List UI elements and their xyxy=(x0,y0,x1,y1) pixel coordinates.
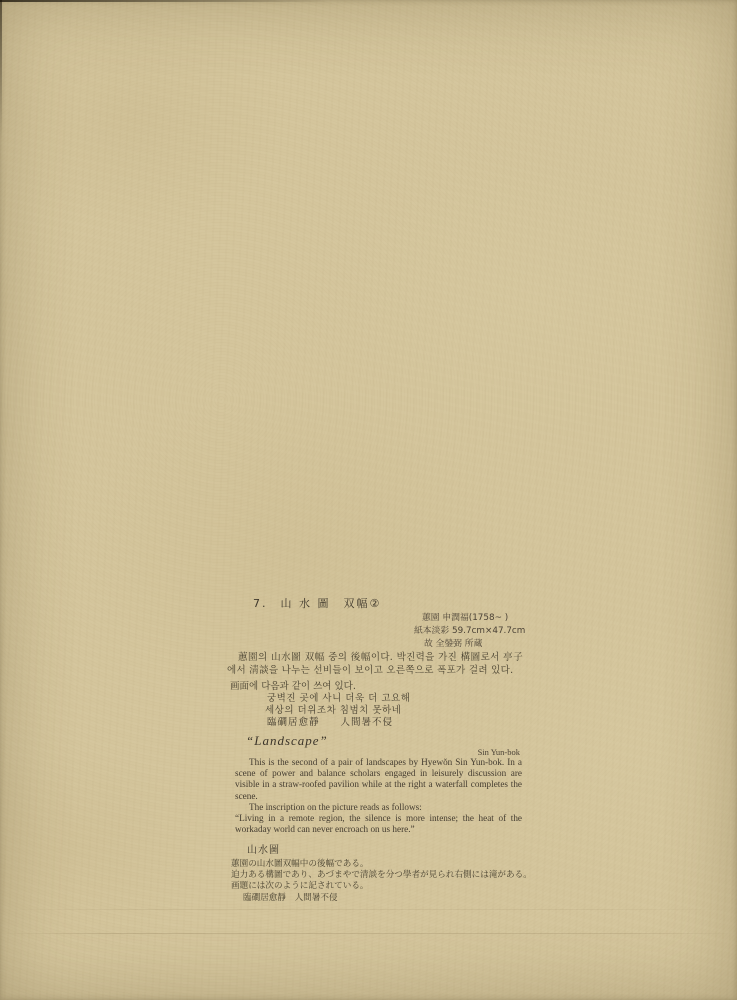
korean-paragraph: 蕙園의 山水圖 双幅 중의 後幅이다. 박진력을 가진 構圖로서 亭子에서 淸談… xyxy=(227,651,523,678)
english-inscription-quote: “Living in a remote region, the silence … xyxy=(235,813,522,835)
japanese-title: 山水圖 xyxy=(247,841,280,856)
credit-collection-line: 故 全鎣弼 所蔵 xyxy=(424,638,525,651)
paper-crease-upper xyxy=(0,909,737,910)
japanese-line-1: 蕙園の山水圖双幅中の後幅である。 xyxy=(231,859,537,870)
korean-poem-hanja: 臨磵居愈靜 人間暑不侵 xyxy=(267,714,393,728)
japanese-body: 蕙園の山水圖双幅中の後幅である。 迫力ある構圖であり、あづまやで清談を分つ學者が… xyxy=(231,859,537,904)
japanese-line-4-hanja: 臨磵居愈靜 人間暑不侵 xyxy=(243,893,537,904)
english-artist-name: Sin Yun-bok xyxy=(420,747,520,757)
page-left-edge-shadow xyxy=(0,0,2,140)
scanned-catalog-page: 7. 山 水 圖 双幅② 蕙園 申潤福(1758~ ) 紙本淡彩 59.7cm×… xyxy=(0,0,737,1000)
english-inscription-lead: The inscription on the picture reads as … xyxy=(235,802,522,813)
credit-block: 蕙園 申潤福(1758~ ) 紙本淡彩 59.7cm×47.7cm 故 全鎣弼 … xyxy=(414,612,525,651)
japanese-line-3: 画題には次のように記されている。 xyxy=(231,881,537,892)
japanese-line-2: 迫力ある構圖であり、あづまやで清談を分つ學者が見られ右側には滝がある。 xyxy=(231,870,537,881)
english-title: “Landscape” xyxy=(246,733,328,749)
entry-number-title: 7. 山 水 圖 双幅② xyxy=(253,595,381,611)
page-top-edge-shadow xyxy=(0,0,330,2)
english-paragraph: This is the second of a pair of landscap… xyxy=(235,757,522,802)
credit-medium-line: 紙本淡彩 59.7cm×47.7cm xyxy=(414,625,525,638)
english-body: This is the second of a pair of landscap… xyxy=(235,757,522,835)
paper-crease-lower xyxy=(0,933,737,934)
credit-artist-line: 蕙園 申潤福(1758~ ) xyxy=(422,612,525,625)
